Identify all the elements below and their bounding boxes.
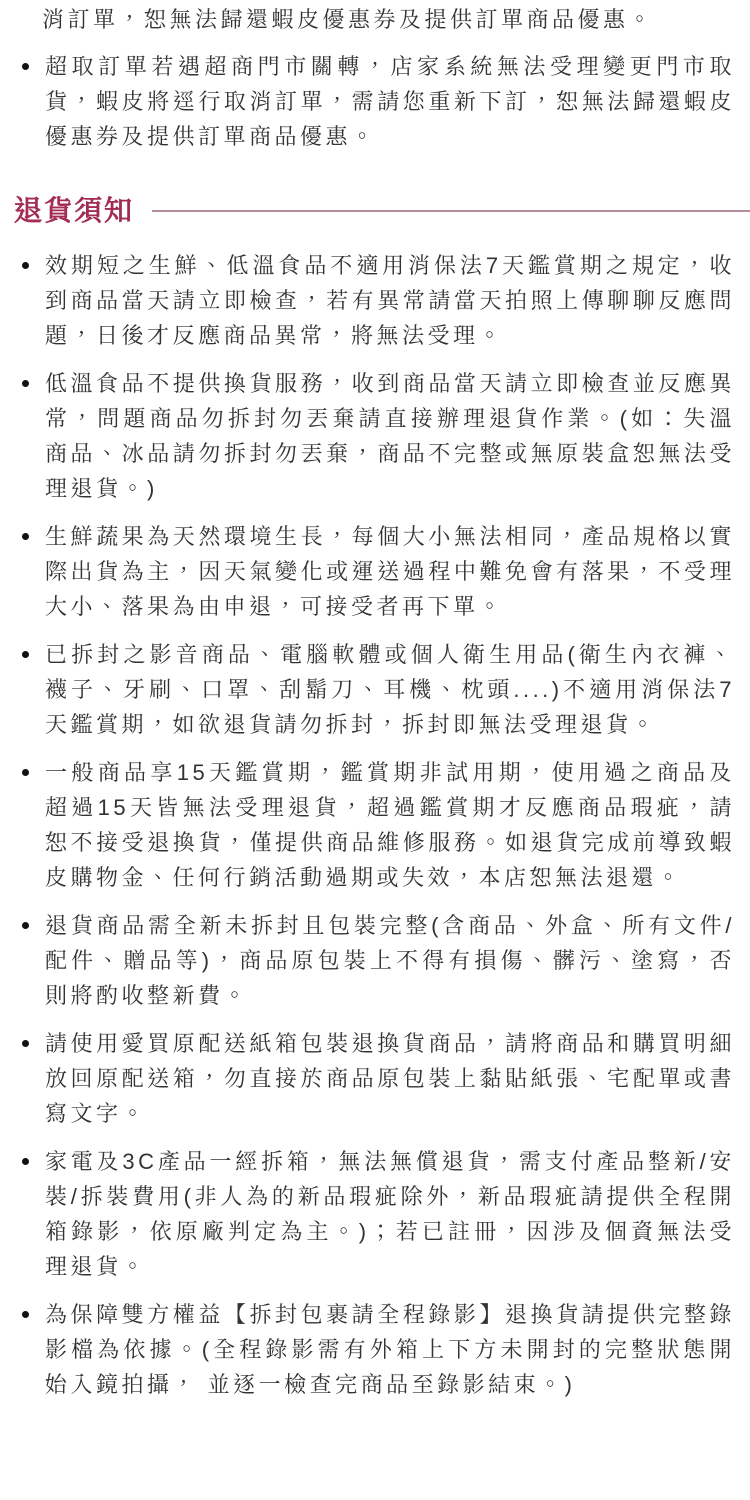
return-notice-title: 退貨須知 [14, 192, 134, 230]
policy-list-item: 一般商品享15天鑑賞期，鑑賞期非試用期，使用過之商品及超過15天皆無法受理退貨，… [14, 755, 735, 895]
return-notice-section-header: 退貨須知 [14, 192, 735, 230]
policy-list-item: 為保障雙方權益【拆封包裹請全程錄影】退換貨請提供完整錄影檔為依據。(全程錄影需有… [14, 1297, 735, 1402]
policy-list-item: 請使用愛買原配送紙箱包裝退換貨商品，請將商品和購買明細放回原配送箱，勿直接於商品… [14, 1026, 735, 1131]
policy-list-item: 已拆封之影音商品、電腦軟體或個人衛生用品(衛生內衣褲、襪子、牙刷、口罩、刮鬍刀、… [14, 637, 735, 742]
section-divider-line [152, 210, 750, 212]
policy-list-item: 退貨商品需全新未拆封且包裝完整(含商品、外盒、所有文件/配件、贈品等)，商品原包… [14, 908, 735, 1013]
policy-list-item: 家電及3C產品一經拆箱，無法無償退貨，需支付產品整新/安裝/拆裝費用(非人為的新… [14, 1144, 735, 1284]
previous-bullet-continuation-text: 消訂單，恕無法歸還蝦皮優惠券及提供訂單商品優惠。 [42, 2, 735, 37]
policy-list-item: 超取訂單若遇超商門市關轉，店家系統無法受理變更門市取貨，蝦皮將逕行取消訂單，需請… [14, 49, 735, 154]
policy-page: 消訂單，恕無法歸還蝦皮優惠券及提供訂單商品優惠。 超取訂單若遇超商門市關轉，店家… [0, 0, 750, 1402]
policy-list-item: 效期短之生鮮、低溫食品不適用消保法7天鑑賞期之規定，收到商品當天請立即檢查，若有… [14, 248, 735, 353]
policy-list-item: 低溫食品不提供換貨服務，收到商品當天請立即檢查並反應異常，問題商品勿拆封勿丟棄請… [14, 366, 735, 506]
policy-list-item: 生鮮蔬果為天然環境生長，每個大小無法相同，產品規格以實際出貨為主，因天氣變化或運… [14, 519, 735, 624]
return-policy-list: 效期短之生鮮、低溫食品不適用消保法7天鑑賞期之規定，收到商品當天請立即檢查，若有… [14, 248, 735, 1402]
intro-policy-list: 超取訂單若遇超商門市關轉，店家系統無法受理變更門市取貨，蝦皮將逕行取消訂單，需請… [14, 49, 735, 154]
